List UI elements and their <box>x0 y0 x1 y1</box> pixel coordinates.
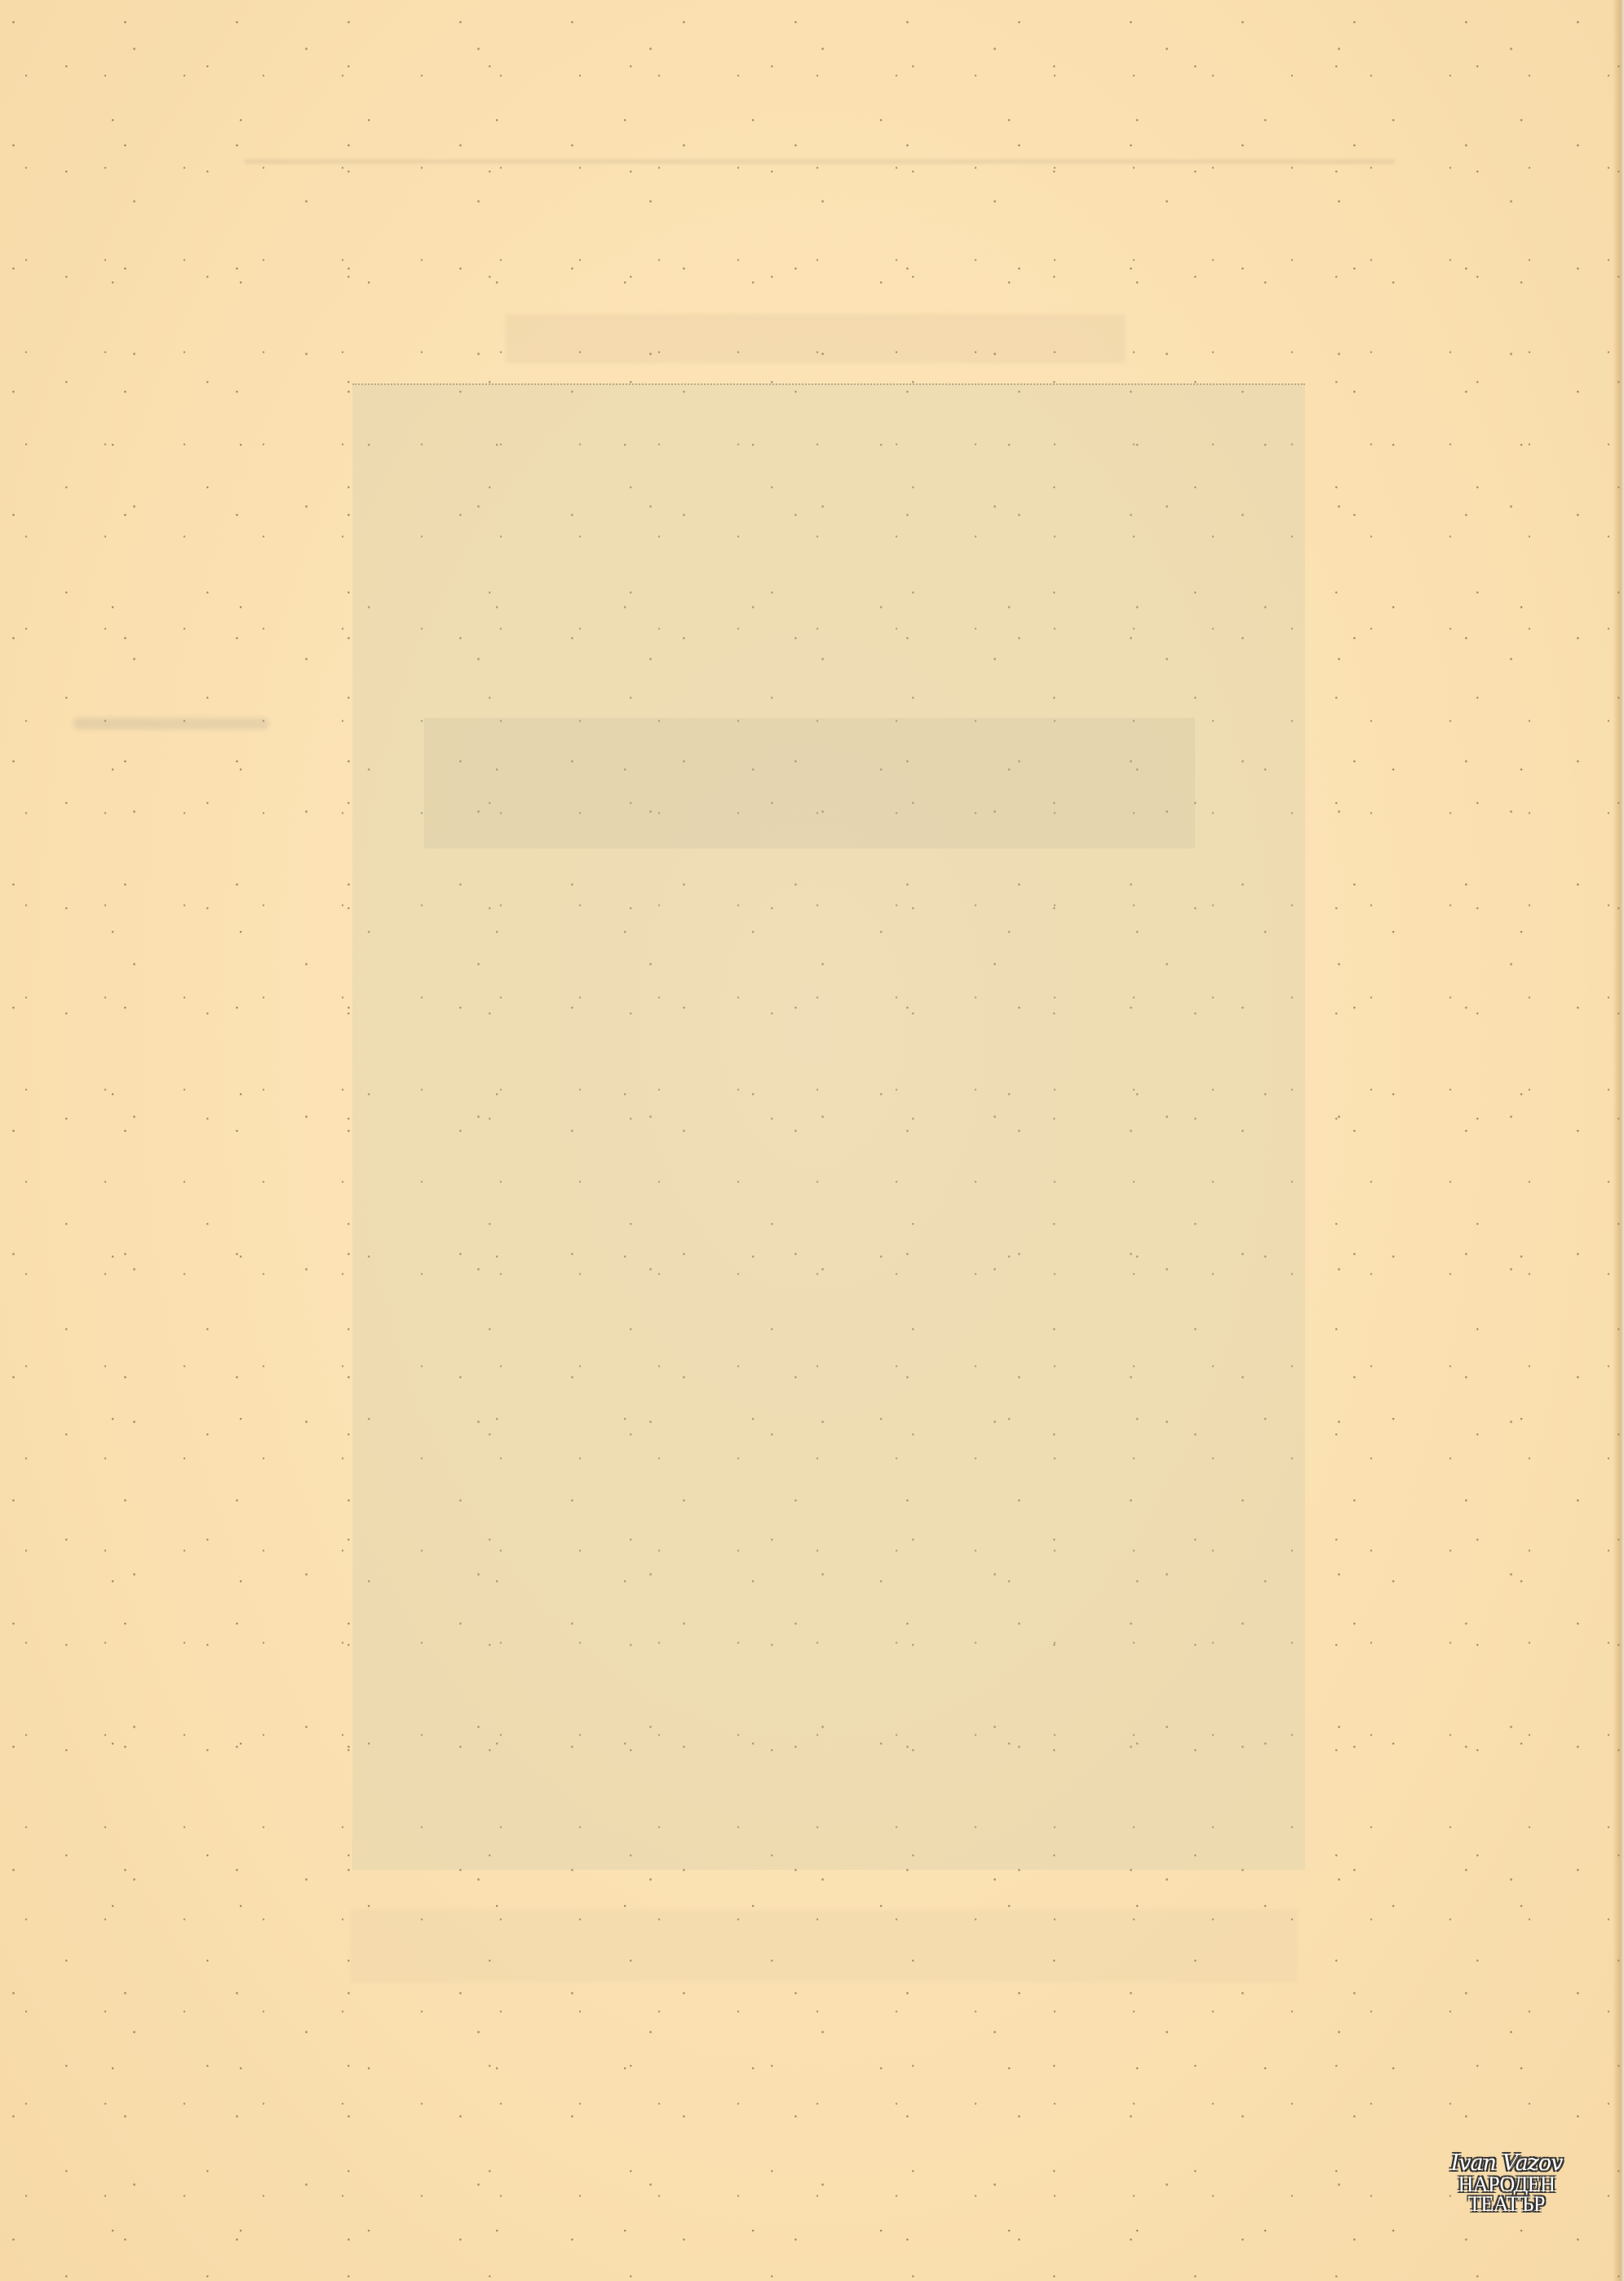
show-through-photo-band <box>424 718 1195 848</box>
show-through-caption <box>351 1909 1297 1982</box>
logo-script-signature: Ivan Vazov <box>1445 2152 1568 2175</box>
page-edge <box>1613 0 1624 2281</box>
show-through-photo-block <box>352 383 1305 1870</box>
logo-line-2: ТЕАТЪР <box>1445 2195 1568 2214</box>
show-through-title <box>506 314 1126 363</box>
show-through-header-line <box>245 159 1395 164</box>
paper-smudge <box>73 718 269 729</box>
national-theatre-logo: Ivan Vazov НАРОДЕН ТЕАТЪР <box>1445 2152 1568 2234</box>
